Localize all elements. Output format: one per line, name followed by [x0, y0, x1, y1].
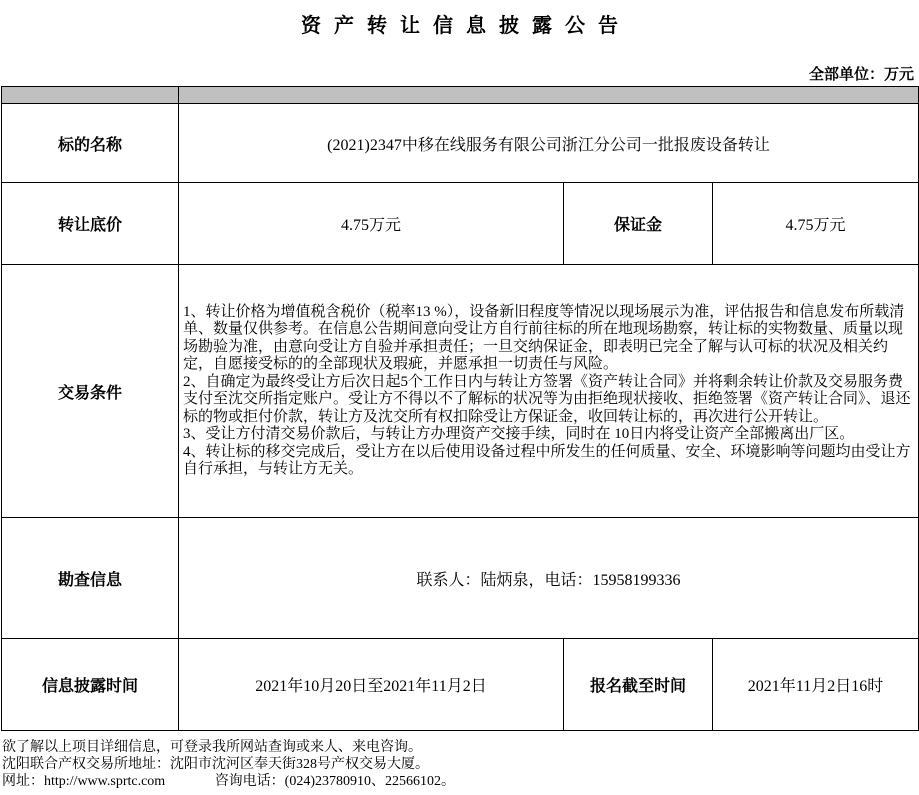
registration-deadline-label: 报名截至时间: [564, 639, 713, 731]
footer-notes: 欲了解以上项目详细信息，可登录我所网站查询或来人、来电咨询。 沈阳联合产权交易所…: [0, 731, 919, 790]
deposit-value: 4.75万元: [713, 183, 919, 265]
floor-price-value: 4.75万元: [179, 183, 564, 265]
page-title: 资产转让信息披露公告: [0, 0, 919, 38]
header-cell-left: [2, 87, 179, 104]
disclosure-time-value: 2021年10月20日至2021年11月2日: [179, 639, 564, 731]
disclosure-table: 标的名称 (2021)2347中移在线服务有限公司浙江分公司一批报废设备转让 转…: [1, 86, 919, 731]
condition-paragraph-1: 1、转让价格为增值税含税价（税率13 %），设备新旧程度等情况以现场展示为准，评…: [183, 304, 915, 374]
condition-paragraph-4: 4、转让标的移交完成后，受让方在以后使用设备过程中所发生的任何质量、安全、环境影…: [183, 444, 915, 479]
survey-contact-value: 联系人：陆炳泉，电话：15958199336: [179, 518, 919, 639]
header-cell-right: [179, 87, 919, 104]
registration-deadline-value: 2021年11月2日16时: [713, 639, 919, 731]
target-name-value: (2021)2347中移在线服务有限公司浙江分公司一批报废设备转让: [179, 104, 919, 183]
footer-phone: 咨询电话：(024)23780910、22566102。: [215, 773, 455, 790]
target-name-label: 标的名称: [2, 104, 179, 183]
conditions-text: 1、转让价格为增值税含税价（税率13 %），设备新旧程度等情况以现场展示为准，评…: [179, 265, 919, 518]
announcement-page: 资产转让信息披露公告 全部单位：万元 标的名称 (2021)2347中移在线服务…: [0, 0, 919, 795]
survey-info-label: 勘查信息: [2, 518, 179, 639]
table-row-target-name: 标的名称 (2021)2347中移在线服务有限公司浙江分公司一批报废设备转让: [2, 104, 919, 183]
footer-line-contacts: 网址：http://www.sprtc.com 咨询电话：(024)237809…: [2, 773, 919, 790]
deposit-label: 保证金: [564, 183, 713, 265]
table-row-disclosure-time: 信息披露时间 2021年10月20日至2021年11月2日 报名截至时间 202…: [2, 639, 919, 731]
table-row-price: 转让底价 4.75万元 保证金 4.75万元: [2, 183, 919, 265]
unit-note: 全部单位：万元: [0, 63, 919, 86]
footer-line-inquiry: 欲了解以上项目详细信息，可登录我所网站查询或来人、来电咨询。: [2, 739, 919, 756]
footer-line-address: 沈阳联合产权交易所地址：沈阳市沈河区奉天街328号产权交易大厦。: [2, 756, 919, 773]
conditions-label: 交易条件: [2, 265, 179, 518]
disclosure-time-label: 信息披露时间: [2, 639, 179, 731]
floor-price-label: 转让底价: [2, 183, 179, 265]
condition-paragraph-3: 3、受让方付清交易价款后，与转让方办理资产交接手续，同时在 10日内将受让资产全…: [183, 426, 915, 444]
condition-paragraph-2: 2、自确定为最终受让方后次日起5个工作日内与转让方签署《资产转让合同》并将剩余转…: [183, 374, 915, 427]
footer-website: 网址：http://www.sprtc.com: [2, 774, 165, 789]
table-row-survey: 勘查信息 联系人：陆炳泉，电话：15958199336: [2, 518, 919, 639]
table-row-conditions: 交易条件 1、转让价格为增值税含税价（税率13 %），设备新旧程度等情况以现场展…: [2, 265, 919, 518]
table-header-row: [2, 87, 919, 104]
